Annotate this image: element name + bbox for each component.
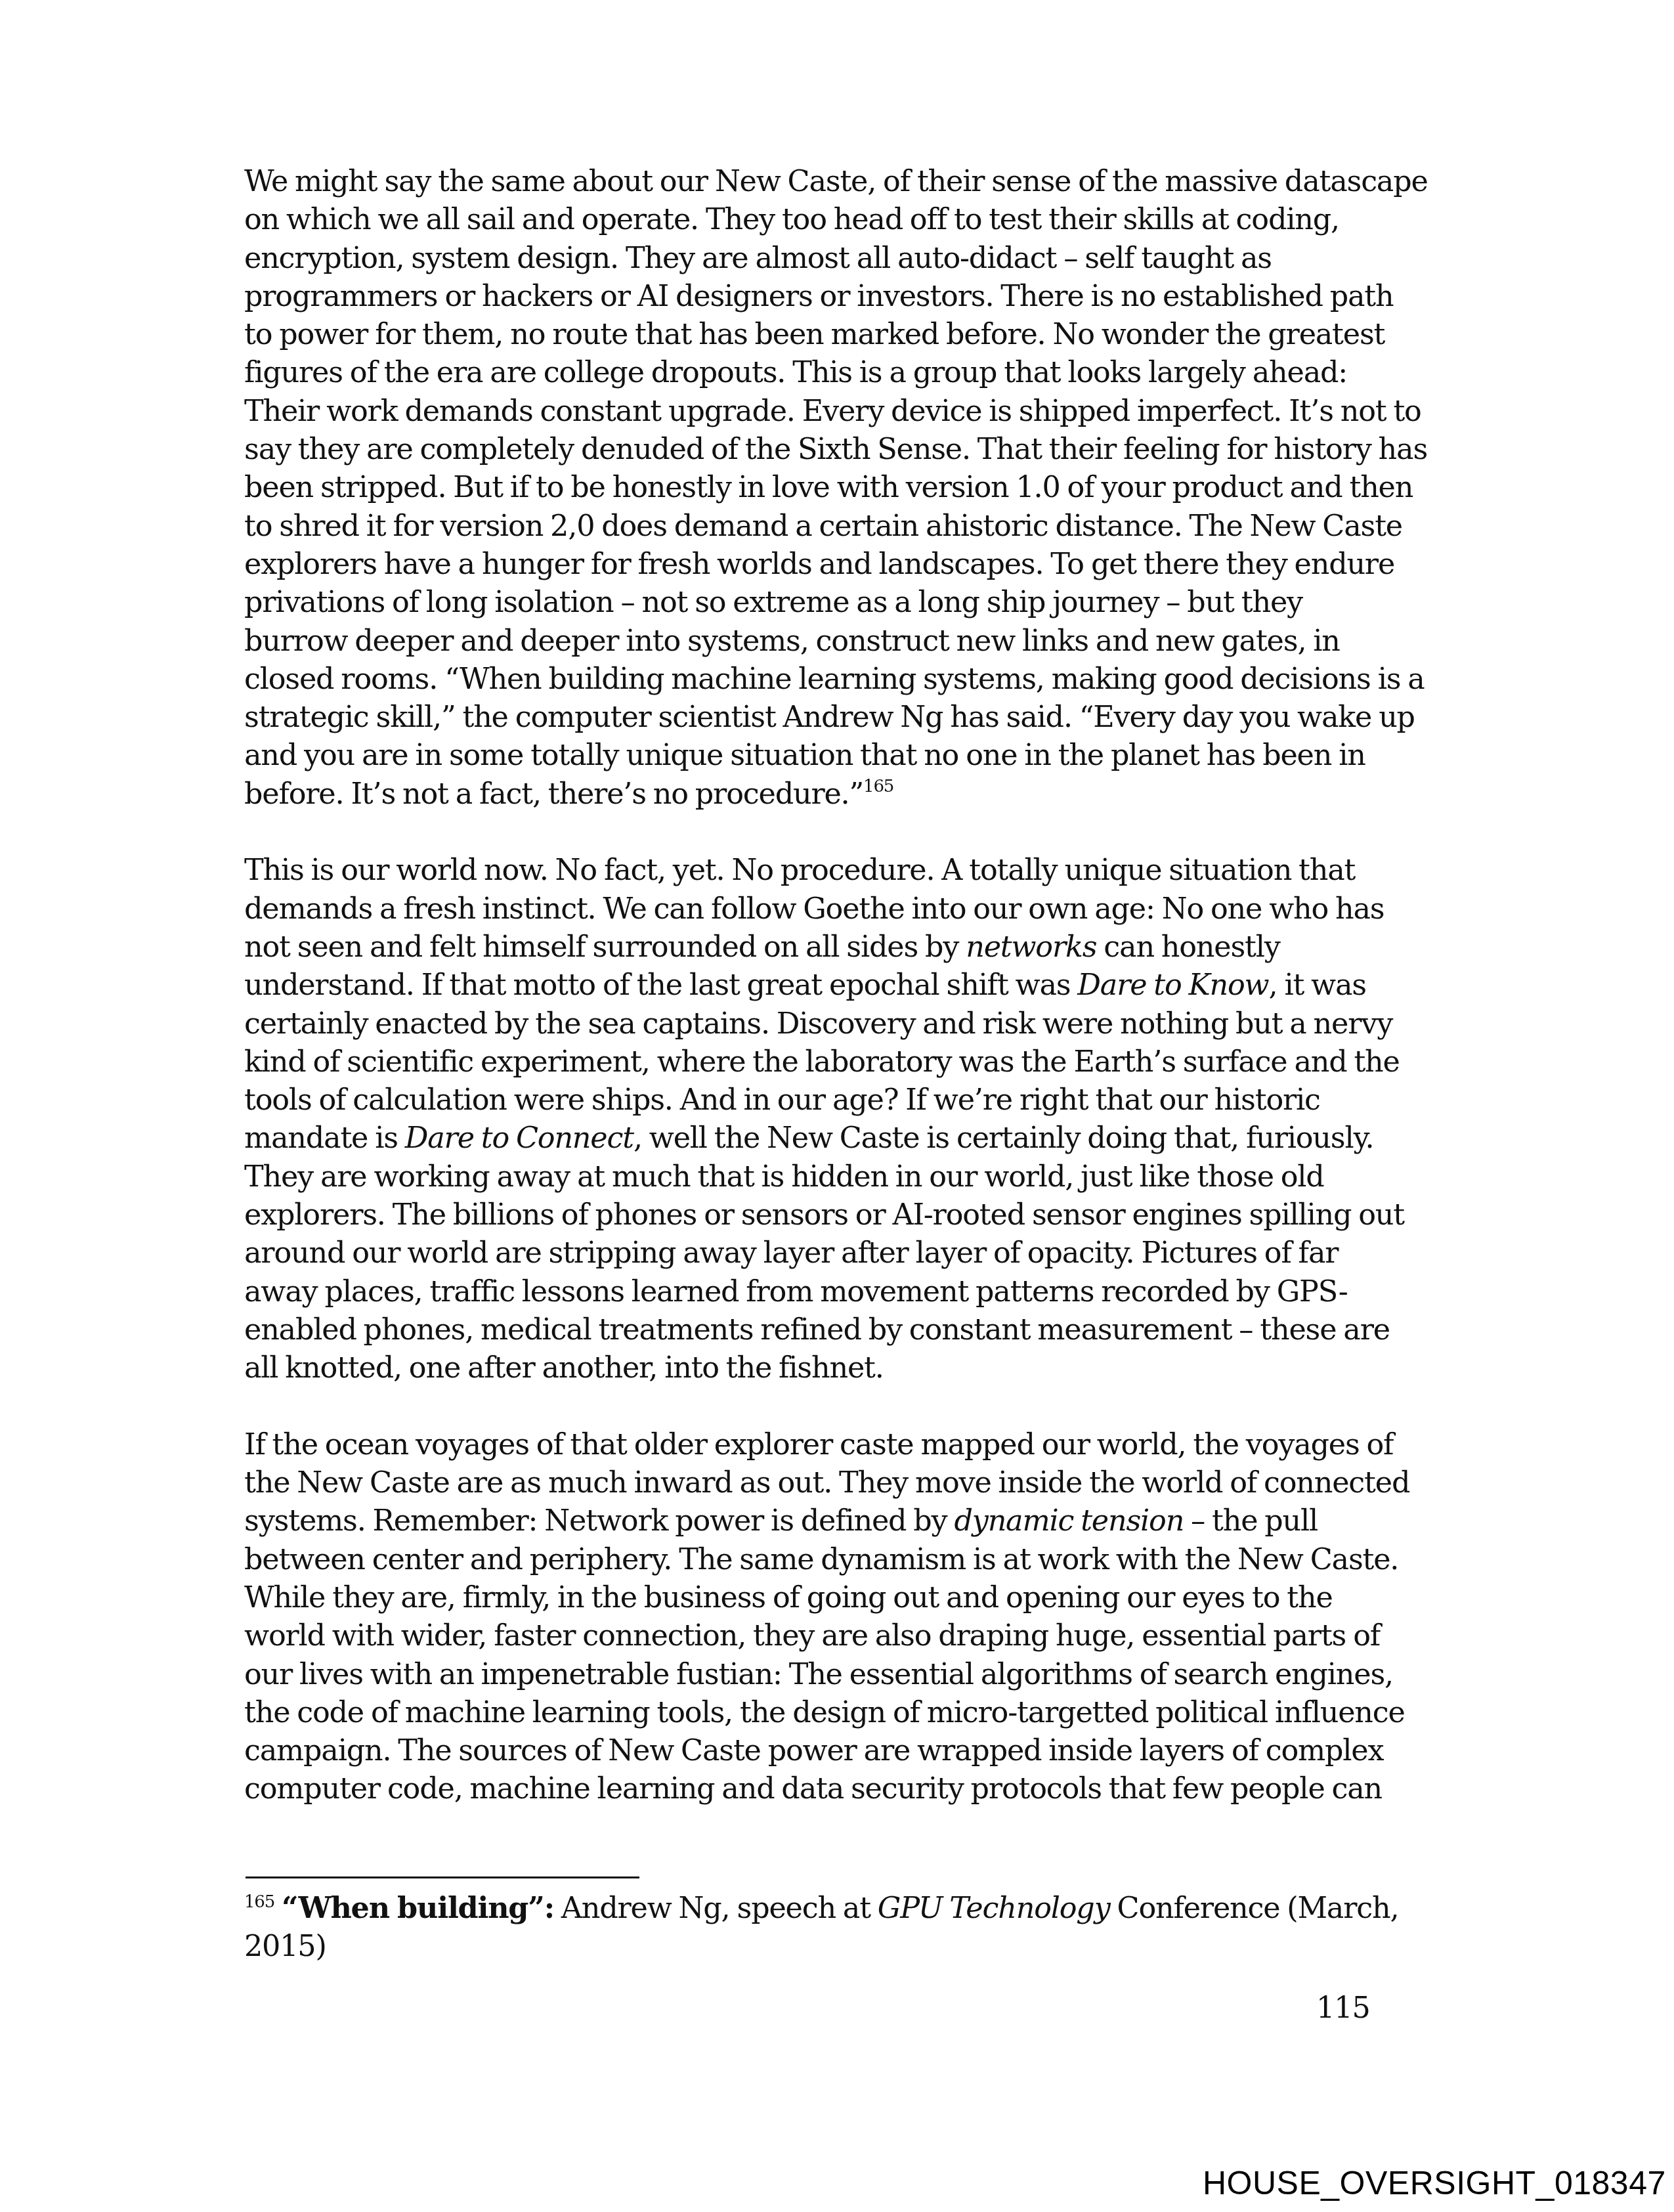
text-line: systems. Remember: Network power is defi… xyxy=(244,1502,1426,1540)
footnote-separator xyxy=(246,1876,639,1878)
text-run: If the ocean voyages of that older explo… xyxy=(244,1428,1393,1462)
text-run: kind of scientific experiment, where the… xyxy=(244,1045,1400,1079)
text-line: privations of long isolation – not so ex… xyxy=(244,584,1426,622)
text-run: certainly enacted by the sea captains. D… xyxy=(244,1007,1392,1041)
text-line: been stripped. But if to be honestly in … xyxy=(244,469,1426,507)
text-run: the code of machine learning tools, the … xyxy=(244,1696,1405,1729)
text-line: between center and periphery. The same d… xyxy=(244,1541,1426,1579)
text-line: figures of the era are college dropouts.… xyxy=(244,354,1426,392)
text-line: This is our world now. No fact, yet. No … xyxy=(244,852,1426,890)
text-line: We might say the same about our New Cast… xyxy=(244,163,1426,201)
text-run: away places, traffic lessons learned fro… xyxy=(244,1275,1348,1309)
paragraph-2: This is our world now. No fact, yet. No … xyxy=(244,852,1426,1387)
italic-phrase: Dare to Connect xyxy=(405,1121,633,1155)
text-line: before. It’s not a fact, there’s no proc… xyxy=(244,775,1426,813)
paragraph-1: We might say the same about our New Cast… xyxy=(244,163,1426,813)
footnote-line-1: 165 “When building”: Andrew Ng, speech a… xyxy=(244,1889,1426,1928)
footnote-lead: “When building”: xyxy=(282,1891,554,1925)
text-line: and you are in some totally unique situa… xyxy=(244,737,1426,775)
text-run: computer code, machine learning and data… xyxy=(244,1772,1382,1806)
footnote-reference-165[interactable]: 165 xyxy=(863,777,893,796)
text-run: explorers. The billions of phones or sen… xyxy=(244,1198,1404,1232)
text-line: enabled phones, medical treatments refin… xyxy=(244,1311,1426,1349)
text-run: campaign. The sources of New Caste power… xyxy=(244,1734,1383,1767)
text-run: all knotted, one after another, into the… xyxy=(244,1351,884,1385)
text-line: certainly enacted by the sea captains. D… xyxy=(244,1005,1426,1043)
text-run: demands a fresh instinct. We can follow … xyxy=(244,892,1384,926)
footnote-line-2: 2015) xyxy=(244,1928,1426,1966)
text-run: enabled phones, medical treatments refin… xyxy=(244,1313,1390,1347)
text-line: They are working away at much that is hi… xyxy=(244,1158,1426,1196)
text-line: campaign. The sources of New Caste power… xyxy=(244,1732,1426,1770)
text-run: While they are, firmly, in the business … xyxy=(244,1581,1333,1615)
text-line: our lives with an impenetrable fustian: … xyxy=(244,1656,1426,1694)
text-line: programmers or hackers or AI designers o… xyxy=(244,278,1426,316)
text-run: They are working away at much that is hi… xyxy=(244,1160,1324,1194)
italic-phrase: Dare to Know xyxy=(1077,968,1268,1002)
text-line: closed rooms. “When building machine lea… xyxy=(244,661,1426,699)
text-run: not seen and felt himself surrounded on … xyxy=(244,930,966,964)
text-line: to power for them, no route that has bee… xyxy=(244,316,1426,354)
footnote-text-end: Conference (March, xyxy=(1110,1892,1399,1925)
text-run: around our world are stripping away laye… xyxy=(244,1236,1338,1270)
footnote-number: 165 xyxy=(244,1892,274,1912)
italic-phrase: dynamic tension xyxy=(954,1504,1184,1538)
text-run: , it was xyxy=(1269,968,1366,1002)
text-line: encryption, system design. They are almo… xyxy=(244,240,1426,278)
text-line: say they are completely denuded of the S… xyxy=(244,431,1426,469)
text-line: demands a fresh instinct. We can follow … xyxy=(244,890,1426,928)
footnote-165: 165 “When building”: Andrew Ng, speech a… xyxy=(244,1889,1426,1966)
italic-phrase: networks xyxy=(966,930,1096,964)
text-line: explorers. The billions of phones or sen… xyxy=(244,1196,1426,1234)
paragraph-3: If the ocean voyages of that older explo… xyxy=(244,1426,1426,1809)
text-line: strategic skill,” the computer scientist… xyxy=(244,699,1426,737)
text-line-content: before. It’s not a fact, there’s no proc… xyxy=(244,777,863,811)
text-line: mandate is Dare to Connect, well the New… xyxy=(244,1119,1426,1158)
text-line: world with wider, faster connection, the… xyxy=(244,1617,1426,1655)
footnote-italic-title: GPU Technology xyxy=(878,1892,1110,1925)
page-body: We might say the same about our New Cast… xyxy=(244,163,1426,1847)
text-line: around our world are stripping away laye… xyxy=(244,1234,1426,1272)
footnote-text: Andrew Ng, speech at xyxy=(554,1892,878,1925)
text-line: on which we all sail and operate. They t… xyxy=(244,201,1426,239)
text-line: the code of machine learning tools, the … xyxy=(244,1694,1426,1732)
text-line: kind of scientific experiment, where the… xyxy=(244,1043,1426,1081)
text-line: away places, traffic lessons learned fro… xyxy=(244,1273,1426,1311)
page-number: 115 xyxy=(1316,1989,1370,2028)
text-line: explorers have a hunger for fresh worlds… xyxy=(244,546,1426,584)
bates-stamp: HOUSE_OVERSIGHT_018347 xyxy=(1203,2164,1666,2202)
text-line: understand. If that motto of the last gr… xyxy=(244,966,1426,1005)
text-line: While they are, firmly, in the business … xyxy=(244,1579,1426,1617)
text-run: between center and periphery. The same d… xyxy=(244,1543,1398,1576)
text-line: Their work demands constant upgrade. Eve… xyxy=(244,393,1426,431)
text-line: not seen and felt himself surrounded on … xyxy=(244,928,1426,966)
text-run: , well the New Caste is certainly doing … xyxy=(633,1121,1374,1155)
text-line: all knotted, one after another, into the… xyxy=(244,1349,1426,1387)
text-line: tools of calculation were ships. And in … xyxy=(244,1081,1426,1119)
text-run: our lives with an impenetrable fustian: … xyxy=(244,1658,1393,1691)
text-run: – the pull xyxy=(1184,1504,1318,1538)
text-line: to shred it for version 2,0 does demand … xyxy=(244,508,1426,546)
text-line: the New Caste are as much inward as out.… xyxy=(244,1464,1426,1502)
text-run: can honestly xyxy=(1096,930,1279,964)
text-run: world with wider, faster connection, the… xyxy=(244,1619,1380,1653)
text-run: systems. Remember: Network power is defi… xyxy=(244,1504,954,1538)
text-run: tools of calculation were ships. And in … xyxy=(244,1083,1320,1117)
text-line: computer code, machine learning and data… xyxy=(244,1770,1426,1808)
text-run: understand. If that motto of the last gr… xyxy=(244,968,1077,1002)
text-run: This is our world now. No fact, yet. No … xyxy=(244,854,1355,887)
text-line: If the ocean voyages of that older explo… xyxy=(244,1426,1426,1464)
text-run: mandate is xyxy=(244,1121,405,1155)
text-line: burrow deeper and deeper into systems, c… xyxy=(244,622,1426,661)
text-run: the New Caste are as much inward as out.… xyxy=(244,1466,1409,1500)
